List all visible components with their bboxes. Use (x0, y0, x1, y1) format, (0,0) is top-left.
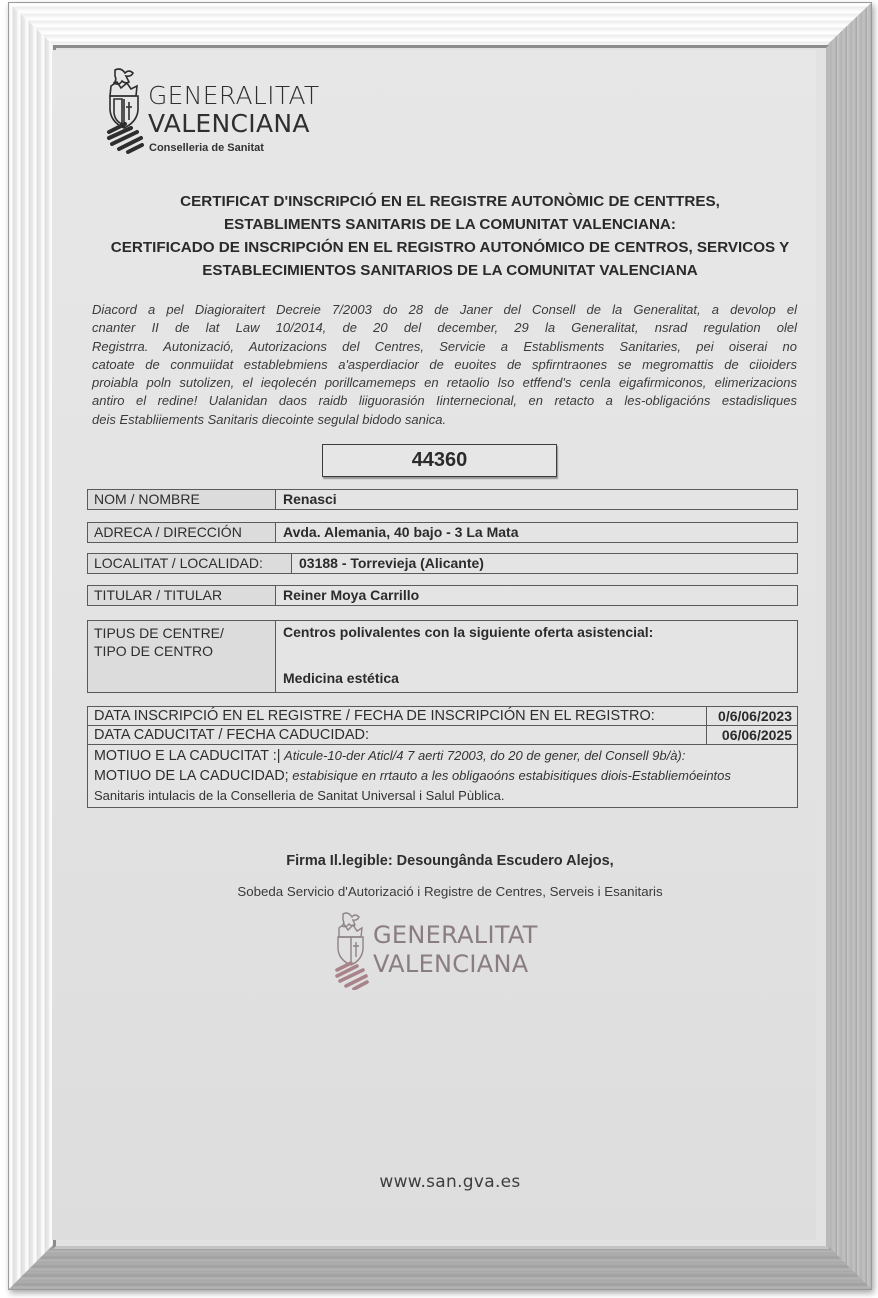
dates-table: DATA INSCRIPCIÓ EN EL REGISTRE / FECHA D… (87, 706, 798, 808)
intro-line: deis Establiiements Sanitaris diecointe … (92, 411, 797, 429)
field-value: Centros polivalentes con la siguiente of… (276, 621, 797, 692)
intro-line: catoate de conmuiidat establebmiens a'as… (92, 356, 797, 374)
intro-line: Diacord a pel Diagioraitert Decreie 7/20… (92, 301, 797, 319)
generalitat-crest-icon (103, 66, 145, 154)
intro-line: Registrra. Autonizació, Autorizacions de… (92, 338, 797, 356)
date-value: 06/06/2025 (706, 726, 797, 744)
date-label: DATA CADUCITAT / FECHA CADUCIDAD: (88, 726, 706, 744)
reason-label: MOTIUO DE LA CADUCIDAD; (94, 768, 289, 784)
intro-line: cnanter II de lat Law 10/2014, de 20 del… (92, 319, 797, 337)
frame-right-edge (827, 3, 871, 1289)
field-row-localidad: LOCALITAT / LOCALIDAD: 03188 - Torreviej… (87, 553, 798, 574)
footer-logo-text-valenciana: VALENCIANA (373, 950, 528, 978)
frame-top-edge (9, 3, 871, 45)
signature-line: Firma Il.legible: Desoungânda Escudero A… (80, 853, 820, 869)
field-label: TIPUS DE CENTRE/ TIPO DE CENTRO (88, 621, 276, 692)
field-label-line: TIPO DE CENTRO (94, 642, 269, 660)
field-label: NOM / NOMBRE (88, 490, 276, 509)
field-row-nombre: NOM / NOMBRE Renasci (87, 489, 798, 510)
generalitat-crest-icon (333, 910, 369, 990)
field-value: 03188 - Torrevieja (Alicante) (292, 554, 491, 573)
logo-text-generalitat: GENERALITAT (148, 82, 320, 110)
date-label: DATA INSCRIPCIÓ EN EL REGISTRE / FECHA D… (88, 707, 706, 725)
reason-text: Sanitaris intulacis de la Conselleria de… (94, 786, 791, 805)
signature-role: Sobeda Servicio d'Autorizació i Registre… (80, 884, 820, 899)
date-row-inscripcion: DATA INSCRIPCIÓ EN EL REGISTRE / FECHA D… (88, 707, 797, 726)
frame-bottom-edge (9, 1245, 871, 1289)
field-label: ADRECA / DIRECCIÓN (88, 523, 276, 542)
footer-logo-text-generalitat: GENERALITAT (373, 921, 538, 949)
date-value: 0/6/06/2023 (706, 707, 797, 725)
field-value: Reiner Moya Carrillo (276, 586, 426, 605)
field-value: Renasci (276, 490, 344, 509)
intro-line: proiabla poln sutolizen, el ieqolecén po… (92, 374, 797, 392)
footer-logo: GENERALITAT VALENCIANA (333, 910, 553, 990)
logo-text-valenciana: VALENCIANA (148, 110, 310, 138)
title-line: CERTIFICAT D'INSCRIPCIÓ EN EL REGISTRE A… (80, 190, 820, 213)
title-line: ESTABLIMENTS SANITARIS DE LA COMUNITAT V… (80, 213, 820, 236)
logo-department: Conselleria de Sanitat (149, 142, 264, 154)
field-value-line: Centros polivalentes con la siguiente of… (283, 624, 653, 640)
header-logo: GENERALITAT VALENCIANA Conselleria de Sa… (103, 66, 343, 158)
website-url: www.san.gva.es (80, 1172, 820, 1192)
field-row-titular: TITULAR / TITULAR Reiner Moya Carrillo (87, 585, 798, 606)
field-row-direccion: ADRECA / DIRECCIÓN Avda. Alemania, 40 ba… (87, 522, 798, 543)
field-value-line: Medicina estética (283, 670, 399, 686)
date-row-caducidad: DATA CADUCITAT / FECHA CADUCIDAD: 06/06/… (88, 726, 797, 745)
title-line: CERTIFICADO DE INSCRIPCIÓN EN EL REGISTR… (80, 236, 820, 259)
field-label-line: TIPUS DE CENTRE/ (94, 624, 269, 642)
reason-text: Aticule-10-der Aticl/4 7 aerti 72003, do… (284, 748, 685, 763)
field-label: LOCALITAT / LOCALIDAD: (88, 554, 292, 573)
field-label: TITULAR / TITULAR (88, 586, 276, 605)
field-row-tipo-centro: TIPUS DE CENTRE/ TIPO DE CENTRO Centros … (87, 620, 798, 693)
intro-line: antiro el redine! Ualanidan daos raidb l… (92, 392, 797, 410)
reason-label: MOTIUO E LA CADUCITAT :| (94, 748, 280, 764)
caducidad-reason: MOTIUO E LA CADUCITAT :| Aticule-10-der … (94, 746, 791, 805)
reason-text: estabisique en rrtauto a les obligaoóns … (292, 768, 731, 783)
title-line: ESTABLECIMIENTOS SANITARIOS DE LA COMUNI… (80, 259, 820, 282)
certificate-title: CERTIFICAT D'INSCRIPCIÓ EN EL REGISTRE A… (80, 190, 820, 282)
frame-left-edge (9, 3, 53, 1289)
registration-number: 44360 (322, 444, 557, 477)
field-value: Avda. Alemania, 40 bajo - 3 La Mata (276, 523, 525, 542)
intro-paragraph: Diacord a pel Diagioraitert Decreie 7/20… (92, 301, 797, 429)
